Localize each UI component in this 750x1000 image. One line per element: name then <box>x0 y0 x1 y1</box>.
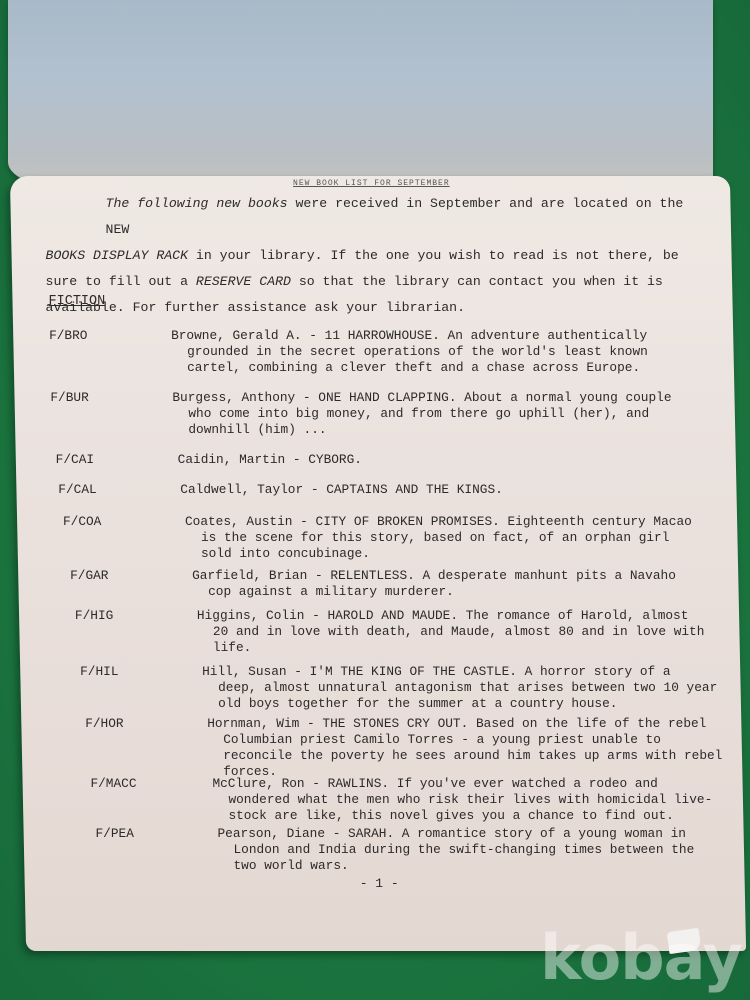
book-description: Coates, Austin - CITY OF BROKEN PROMISES… <box>185 514 705 562</box>
call-number: F/CAL <box>58 482 158 498</box>
description-line: stock are like, this novel gives you a c… <box>212 808 732 824</box>
section-heading-fiction: FICTION <box>49 294 106 309</box>
description-line: Burgess, Anthony - ONE HAND CLAPPING. Ab… <box>172 390 692 406</box>
intro-line-3b: so that the library can contact you when… <box>291 274 663 289</box>
intro-paragraph: The following new books were received in… <box>46 191 686 321</box>
intro-italic-1: The following new books <box>106 196 288 211</box>
description-line: Caldwell, Taylor - CAPTAINS AND THE KING… <box>180 482 700 498</box>
call-number: F/PEA <box>95 826 195 842</box>
book-description: Garfield, Brian - RELENTLESS. A desperat… <box>192 568 712 600</box>
description-line: Columbian priest Camilo Torres - a young… <box>207 732 727 748</box>
call-number: F/GAR <box>70 568 170 584</box>
call-number: F/CAI <box>56 452 156 468</box>
page-title: NEW BOOK LIST FOR SEPTEMBER <box>293 179 450 188</box>
description-line: downhill (him) ... <box>172 422 692 438</box>
book-description: Higgins, Colin - HAROLD AND MAUDE. The r… <box>197 608 717 656</box>
description-line: is the scene for this story, based on fa… <box>185 530 705 546</box>
description-line: two world wars. <box>217 858 737 874</box>
description-line: old boys together for the summer at a co… <box>202 696 722 712</box>
book-description: Caldwell, Taylor - CAPTAINS AND THE KING… <box>180 482 700 498</box>
book-description: Pearson, Diane - SARAH. A romantice stor… <box>217 826 737 874</box>
call-number: F/BUR <box>50 390 150 406</box>
call-number: F/COA <box>63 514 163 530</box>
description-line: Coates, Austin - CITY OF BROKEN PROMISES… <box>185 514 705 530</box>
call-number: F/HIL <box>80 664 180 680</box>
page-number: - 1 - <box>360 876 399 891</box>
description-line: cop against a military murderer. <box>192 584 712 600</box>
description-line: Garfield, Brian - RELENTLESS. A desperat… <box>192 568 712 584</box>
intro-line-2: in your library. If the one you wish to … <box>188 248 679 263</box>
description-line: Hill, Susan - I'M THE KING OF THE CASTLE… <box>202 664 722 680</box>
call-number: F/MACC <box>90 776 190 792</box>
description-line: life. <box>197 640 717 656</box>
description-line: cartel, combining a clever theft and a c… <box>171 360 691 376</box>
watermark-logo: kobay <box>540 921 742 994</box>
description-line: reconcile the poverty he sees around him… <box>207 748 727 764</box>
description-line: sold into concubinage. <box>185 546 705 562</box>
description-line: wondered what the men who risk their liv… <box>212 792 732 808</box>
book-description: Browne, Gerald A. - 11 HARROWHOUSE. An a… <box>171 328 691 376</box>
intro-italic-3: RESERVE CARD <box>196 274 291 289</box>
call-number: F/HOR <box>85 716 185 732</box>
description-line: Hornman, Wim - THE STONES CRY OUT. Based… <box>207 716 727 732</box>
description-line: Higgins, Colin - HAROLD AND MAUDE. The r… <box>197 608 717 624</box>
document-page: NEW BOOK LIST FOR SEPTEMBER The followin… <box>10 176 746 951</box>
description-line: who come into big money, and from there … <box>172 406 692 422</box>
description-line: Browne, Gerald A. - 11 HARROWHOUSE. An a… <box>171 328 691 344</box>
description-line: London and India during the swift-changi… <box>217 842 737 858</box>
book-description: McClure, Ron - RAWLINS. If you've ever w… <box>212 776 732 824</box>
book-description: Hornman, Wim - THE STONES CRY OUT. Based… <box>207 716 727 780</box>
description-line: 20 and in love with death, and Maude, al… <box>197 624 717 640</box>
description-line: McClure, Ron - RAWLINS. If you've ever w… <box>212 776 732 792</box>
description-line: deep, almost unnatural antagonism that a… <box>202 680 722 696</box>
book-description: Burgess, Anthony - ONE HAND CLAPPING. Ab… <box>172 390 692 438</box>
book-description: Hill, Susan - I'M THE KING OF THE CASTLE… <box>202 664 722 712</box>
intro-line-4: available. For further assistance ask yo… <box>46 295 686 321</box>
description-line: Caidin, Martin - CYBORG. <box>178 452 698 468</box>
intro-italic-2: BOOKS DISPLAY RACK <box>46 248 188 263</box>
description-line: grounded in the secret operations of the… <box>171 344 691 360</box>
booklet-cover <box>8 0 713 192</box>
book-description: Caidin, Martin - CYBORG. <box>178 452 698 468</box>
call-number: F/HIG <box>75 608 175 624</box>
call-number: F/BRO <box>49 328 149 344</box>
intro-line-3a: sure to fill out a <box>46 274 196 289</box>
description-line: Pearson, Diane - SARAH. A romantice stor… <box>217 826 737 842</box>
